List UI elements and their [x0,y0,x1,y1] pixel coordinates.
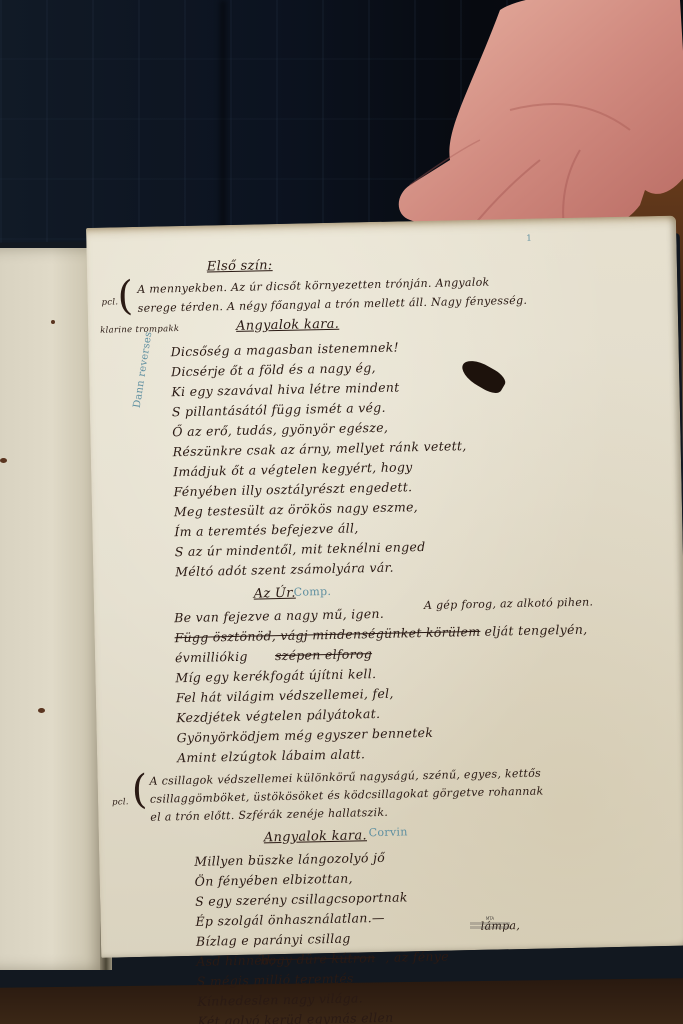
verse-line: Két golyó kerüd egymás ellen [197,1010,393,1024]
struck-text: hogy düre kútron [260,950,375,967]
library-stamp: MTA [470,916,510,930]
verse-line: S mégis millió teremtés [197,971,354,989]
verse-line: Kínhedeslen nagy világa. [197,990,363,1008]
manuscript-page-lower: Asd hinnéd, hogy düre kútron , az fénye … [0,0,683,1024]
verse-line: , az fénye [385,949,449,965]
photograph: 1 Első szín: pcl. ( A mennyekben. Az úr … [0,0,683,1024]
